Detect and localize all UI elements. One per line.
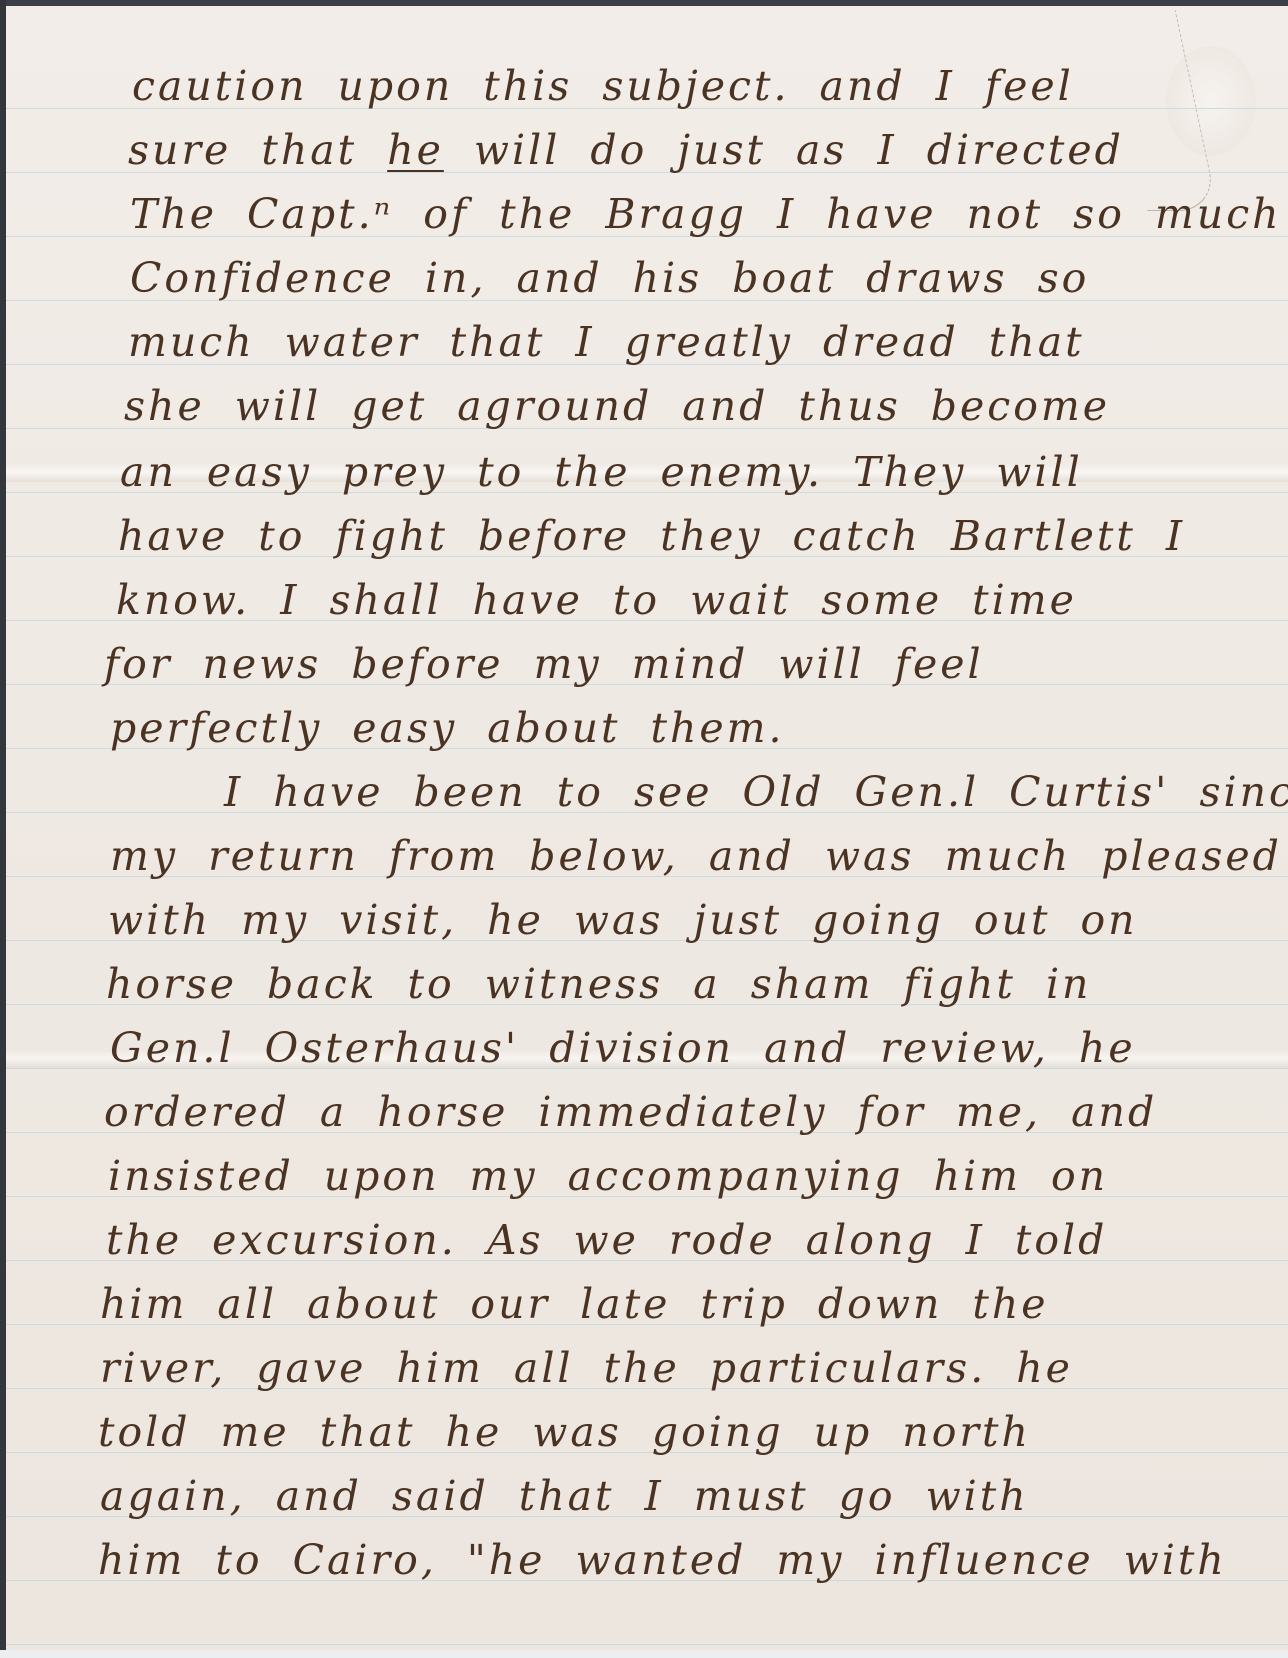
letter-line: for news before my mind will feel [104, 644, 984, 685]
underlined-word: he [387, 126, 444, 174]
letter-line: river, gave him all the particulars. he [100, 1348, 1073, 1389]
letter-line: an easy prey to the enemy. They will [120, 452, 1083, 493]
letter-line: caution upon this subject. and I feel [132, 66, 1074, 107]
letter-line: the excursion. As we rode along I told [106, 1220, 1107, 1261]
letter-page: caution upon this subject. and I feel su… [6, 6, 1288, 1650]
letter-line: perfectly easy about them. [110, 708, 785, 749]
letter-line: know. I shall have to wait some time [116, 580, 1077, 621]
letter-line: Gen.l Osterhaus' division and review, he [110, 1028, 1136, 1069]
ruled-line [6, 1644, 1288, 1645]
letter-line: told me that he was going up north [98, 1412, 1031, 1453]
paragraph-start-line: I have been to see Old Gen.l Curtis' sin… [224, 772, 1288, 813]
letter-line: ordered a horse immediately for me, and [104, 1092, 1157, 1133]
letter-line: him to Cairo, "he wanted my influence wi… [98, 1540, 1227, 1581]
letter-line: again, and said that I must go with [100, 1476, 1029, 1517]
letter-line: my return from below, and was much pleas… [110, 836, 1282, 877]
letter-line: insisted upon my accompanying him on [108, 1156, 1108, 1197]
letter-line: Confidence in, and his boat draws so [130, 258, 1089, 299]
letter-line: him all about our late trip down the [100, 1284, 1049, 1325]
scan-border-bottom [0, 1650, 1288, 1658]
letter-line: have to fight before they catch Bartlett… [118, 516, 1185, 557]
letter-line: horse back to witness a sham fight in [106, 964, 1091, 1005]
letter-line: much water that I greatly dread that [128, 322, 1085, 363]
letter-line: she will get aground and thus become [124, 386, 1110, 427]
letter-line: sure that he will do just as I directed [128, 130, 1124, 171]
letter-line: with my visit, he was just going out on [108, 900, 1138, 941]
letter-line: The Capt.ⁿ of the Bragg I have not so mu… [130, 194, 1282, 235]
